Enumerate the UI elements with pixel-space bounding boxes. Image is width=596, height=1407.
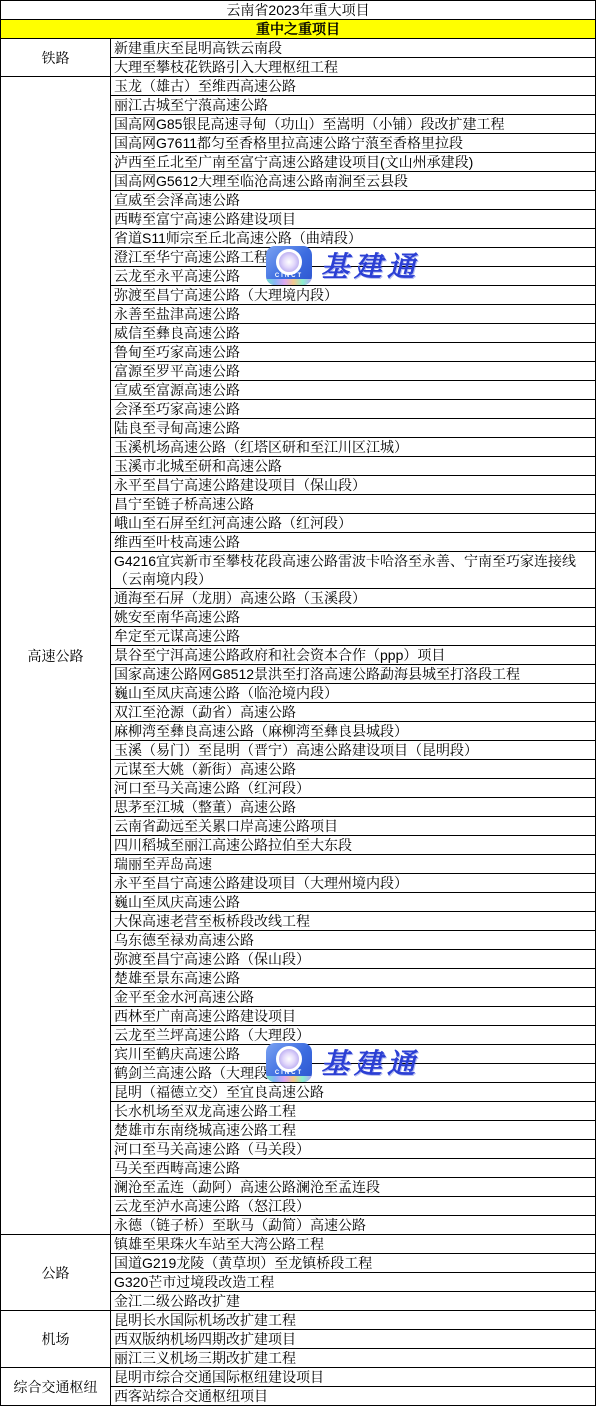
project-cell: 云龙至永平高速公路 <box>111 267 596 286</box>
project-cell: 澜沧至孟连（勐阿）高速公路澜沧至孟连段 <box>111 1178 596 1197</box>
project-cell: G4216宜宾新市至攀枝花段高速公路雷波卡哈洛至永善、宁南至巧家连接线（云南境内… <box>111 552 596 589</box>
table-row: 机场昆明长水国际机场改扩建工程 <box>1 1311 596 1330</box>
table-row: 高速公路玉龙（雄古）至维西高速公路 <box>1 77 596 96</box>
section-banner: 重中之重项目 <box>1 20 596 39</box>
title-row: 云南省2023年重大项目 <box>1 1 596 20</box>
project-cell: 瑞丽至弄岛高速 <box>111 855 596 874</box>
project-cell: 思茅至江城（整董）高速公路 <box>111 798 596 817</box>
category-cell: 综合交通枢纽 <box>1 1368 111 1406</box>
table-row: 铁路新建重庆至昆明高铁云南段 <box>1 39 596 58</box>
subtitle-row: 重中之重项目 <box>1 20 596 39</box>
project-cell: 玉溪机场高速公路（红塔区研和至江川区江城） <box>111 438 596 457</box>
project-cell: 陆良至寻甸高速公路 <box>111 419 596 438</box>
project-cell: 国家高速公路网G8512景洪至打洛高速公路勐海县城至打洛段工程 <box>111 665 596 684</box>
project-cell: 长水机场至双龙高速公路工程 <box>111 1102 596 1121</box>
project-cell: 峨山至石屏至红河高速公路（红河段） <box>111 514 596 533</box>
page-title: 云南省2023年重大项目 <box>1 1 596 20</box>
project-cell: 大保高速老营至板桥段改线工程 <box>111 912 596 931</box>
project-cell: 永善至盐津高速公路 <box>111 305 596 324</box>
project-cell: 昌宁至链子桥高速公路 <box>111 495 596 514</box>
project-cell: 河口至马关高速公路（红河段） <box>111 779 596 798</box>
project-cell: 维西至叶枝高速公路 <box>111 533 596 552</box>
category-cell: 公路 <box>1 1235 111 1311</box>
project-cell: 巍山至凤庆高速公路（临沧境内段） <box>111 684 596 703</box>
project-cell: 金江二级公路改扩建 <box>111 1292 596 1311</box>
project-cell: 镇雄至果珠火车站至大湾公路工程 <box>111 1235 596 1254</box>
project-cell: 国高网G85银昆高速寻甸（功山）至嵩明（小铺）段改扩建工程 <box>111 115 596 134</box>
project-cell: 四川稻城至丽江高速公路拉伯至大东段 <box>111 836 596 855</box>
project-cell: 国高网G5612大理至临沧高速公路南涧至云县段 <box>111 172 596 191</box>
category-cell: 高速公路 <box>1 77 111 1235</box>
project-cell: 金平至金水河高速公路 <box>111 988 596 1007</box>
project-cell: 大理至攀枝花铁路引入大理枢纽工程 <box>111 58 596 77</box>
project-cell: 澄江至华宁高速公路工程 <box>111 248 596 267</box>
projects-document: 云南省2023年重大项目 重中之重项目 铁路新建重庆至昆明高铁云南段大理至攀枝花… <box>0 0 596 1406</box>
project-cell: 永平至昌宁高速公路建设项目（保山段） <box>111 476 596 495</box>
project-cell: 楚雄至景东高速公路 <box>111 969 596 988</box>
project-cell: 西客站综合交通枢纽项目 <box>111 1387 596 1406</box>
project-cell: 姚安至南华高速公路 <box>111 608 596 627</box>
project-cell: 云龙至泸水高速公路（怒江段） <box>111 1197 596 1216</box>
table-row: 公路镇雄至果珠火车站至大湾公路工程 <box>1 1235 596 1254</box>
project-cell: 宾川至鹤庆高速公路 <box>111 1045 596 1064</box>
project-cell: 河口至马关高速公路（马关段） <box>111 1140 596 1159</box>
project-cell: 省道S11师宗至丘北高速公路（曲靖段） <box>111 229 596 248</box>
table-row: 综合交通枢纽昆明市综合交通国际枢纽建设项目 <box>1 1368 596 1387</box>
project-cell: 云龙至兰坪高速公路（大理段） <box>111 1026 596 1045</box>
project-cell: 牟定至元谋高速公路 <box>111 627 596 646</box>
project-cell: 丽江古城至宁蒗高速公路 <box>111 96 596 115</box>
project-cell: 宣威至富源高速公路 <box>111 381 596 400</box>
project-cell: 巍山至凤庆高速公路 <box>111 893 596 912</box>
project-cell: 云南省勐远至关累口岸高速公路项目 <box>111 817 596 836</box>
project-cell: 西双版纳机场四期改扩建项目 <box>111 1330 596 1349</box>
project-cell: 弥渡至昌宁高速公路（大理境内段） <box>111 286 596 305</box>
project-cell: 玉龙（雄古）至维西高速公路 <box>111 77 596 96</box>
project-cell: 泸西至丘北至广南至富宁高速公路建设项目(文山州承建段) <box>111 153 596 172</box>
project-cell: 宣威至会泽高速公路 <box>111 191 596 210</box>
project-cell: 乌东德至禄劝高速公路 <box>111 931 596 950</box>
project-cell: 元谋至大姚（新街）高速公路 <box>111 760 596 779</box>
project-cell: 丽江三义机场三期改扩建工程 <box>111 1349 596 1368</box>
project-cell: 西畴至富宁高速公路建设项目 <box>111 210 596 229</box>
project-cell: 威信至彝良高速公路 <box>111 324 596 343</box>
project-cell: 昆明市综合交通国际枢纽建设项目 <box>111 1368 596 1387</box>
project-cell: 景谷至宁洱高速公路政府和社会资本合作（ppp）项目 <box>111 646 596 665</box>
project-cell: 国道G219龙陵（黄草坝）至龙镇桥段工程 <box>111 1254 596 1273</box>
project-cell: 楚雄市东南绕城高速公路工程 <box>111 1121 596 1140</box>
project-cell: 新建重庆至昆明高铁云南段 <box>111 39 596 58</box>
project-cell: 会泽至巧家高速公路 <box>111 400 596 419</box>
project-cell: 麻柳湾至彝良高速公路（麻柳湾至彝良县城段） <box>111 722 596 741</box>
project-cell: G320芒市过境段改造工程 <box>111 1273 596 1292</box>
project-cell: 玉溪市北城至研和高速公路 <box>111 457 596 476</box>
project-cell: 西林至广南高速公路建设项目 <box>111 1007 596 1026</box>
project-cell: 永平至昌宁高速公路建设项目（大理州境内段） <box>111 874 596 893</box>
project-cell: 通海至石屏（龙朋）高速公路（玉溪段） <box>111 589 596 608</box>
project-cell: 昆明（福德立交）至宜良高速公路 <box>111 1083 596 1102</box>
project-cell: 马关至西畴高速公路 <box>111 1159 596 1178</box>
category-cell: 铁路 <box>1 39 111 77</box>
project-cell: 鲁甸至巧家高速公路 <box>111 343 596 362</box>
project-cell: 昆明长水国际机场改扩建工程 <box>111 1311 596 1330</box>
project-cell: 永德（链子桥）至耿马（勐简）高速公路 <box>111 1216 596 1235</box>
project-cell: 国高网G7611都匀至香格里拉高速公路宁蒗至香格里拉段 <box>111 134 596 153</box>
project-cell: 玉溪（易门）至昆明（晋宁）高速公路建设项目（昆明段） <box>111 741 596 760</box>
project-cell: 弥渡至昌宁高速公路（保山段） <box>111 950 596 969</box>
project-cell: 富源至罗平高速公路 <box>111 362 596 381</box>
category-cell: 机场 <box>1 1311 111 1368</box>
projects-table: 云南省2023年重大项目 重中之重项目 铁路新建重庆至昆明高铁云南段大理至攀枝花… <box>0 0 596 1406</box>
project-cell: 双江至沧源（勐省）高速公路 <box>111 703 596 722</box>
project-cell: 鹤剑兰高速公路（大理段） <box>111 1064 596 1083</box>
